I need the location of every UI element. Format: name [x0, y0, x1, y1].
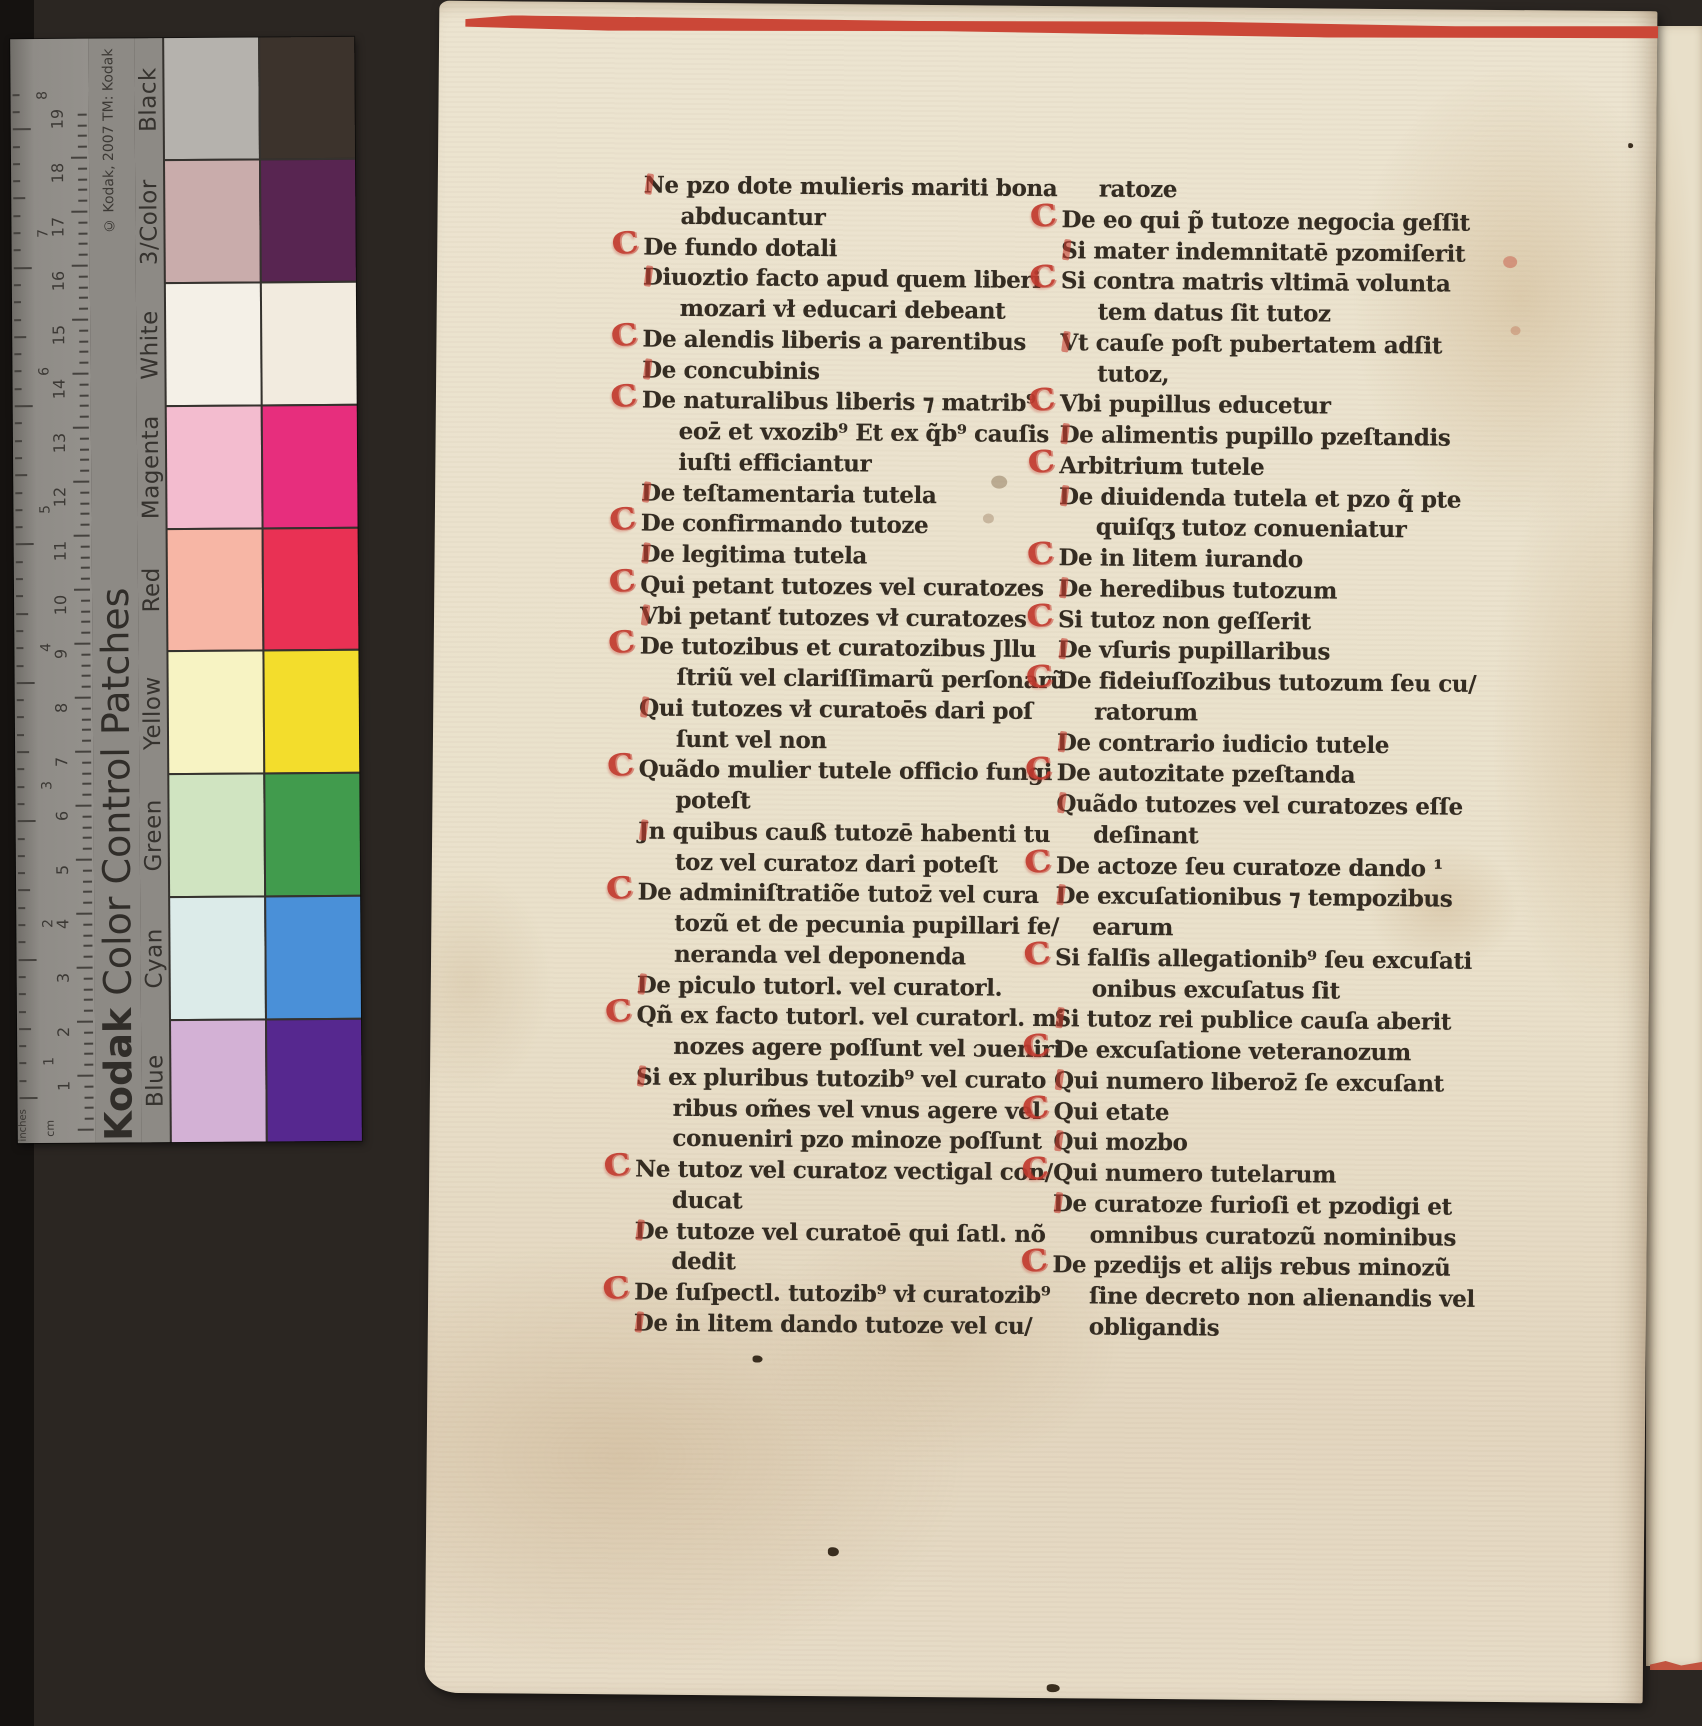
cm-tick: [80, 416, 89, 418]
cm-tick: [81, 578, 90, 580]
cm-tick: [84, 1085, 93, 1087]
cm-tick: [82, 740, 91, 742]
text-line: CSi tutoz non geſſerit: [1058, 605, 1488, 640]
patch-light: [164, 37, 259, 159]
text-line: tutoz,: [1060, 359, 1490, 394]
patch-strong: [263, 774, 360, 896]
cm-tick: [79, 351, 88, 353]
text-line: dedit: [634, 1247, 1034, 1281]
line-text: De eo qui p̃ tutoze negocia geſſit: [1061, 206, 1470, 237]
inch-tick: [18, 838, 25, 840]
cm-number: 1: [54, 1081, 73, 1091]
cm-tick: [78, 178, 87, 180]
smudge: [991, 476, 1007, 489]
inch-tick: [14, 284, 21, 286]
inch-tick: [17, 786, 24, 788]
line-text: ratorum: [1094, 698, 1198, 726]
cm-tick: [78, 135, 87, 137]
inch-tick: [13, 128, 31, 130]
text-line: CDe pzedijs et alijs rebus minozũ: [1052, 1250, 1482, 1285]
line-text: abducantur: [680, 203, 825, 231]
inch-tick: [16, 543, 34, 545]
text-line: ſine decreto non alienandis vel: [1052, 1281, 1482, 1316]
text-line: tem datus ſit tutoz: [1061, 297, 1491, 332]
cm-tick: [83, 815, 92, 817]
rubric-capitulum-mark: C: [609, 320, 639, 353]
text-line: CDe in litem iurando: [1058, 543, 1488, 578]
cm-tick: [82, 675, 91, 677]
text-line: omnibus curatozũ nominibus: [1053, 1220, 1483, 1255]
cm-tick: [79, 308, 88, 310]
patch-strong: [258, 37, 355, 159]
line-text: De heredibus tutozum: [1058, 575, 1337, 604]
patch-light: [168, 529, 263, 651]
patch-row-yellow: [168, 649, 359, 773]
patch-label: Cyan: [141, 928, 167, 989]
cm-number: 6: [53, 811, 72, 821]
line-text: Qui tutozes vł curatoēs dari poſ: [639, 694, 1033, 724]
inch-tick: [15, 474, 27, 476]
cm-tick: [81, 567, 90, 569]
inch-tick: [17, 717, 24, 719]
cm-tick: [74, 535, 90, 537]
patch-label: Magenta: [138, 416, 165, 520]
line-text: De diuidenda tutela et pzo q̃ pte: [1059, 483, 1461, 514]
patch-label-cell: Yellow: [138, 651, 167, 774]
text-line: onibus excuſatus ſit: [1055, 974, 1485, 1009]
cm-tick: [80, 405, 89, 407]
inch-tick: [16, 526, 23, 528]
line-text: omnibus curatozũ nominibus: [1090, 1221, 1457, 1251]
inch-tick: [18, 855, 25, 857]
cm-tick: [81, 556, 90, 558]
text-line: Vbi petanť tutozes vł curatozes: [640, 601, 1040, 635]
patch-row-red: [168, 526, 359, 650]
text-line: De excuſationibus ⁊ tempozibus: [1055, 881, 1485, 916]
text-line: iuſti efficiantur: [641, 447, 1041, 481]
text-line: De legitima tutela: [640, 539, 1040, 573]
text-line: Vt cauſe poſt pubertatem adſit: [1060, 328, 1490, 363]
ruler-inches-label: inches: [18, 1109, 29, 1141]
cm-tick: [83, 826, 92, 828]
patch-label: Blue: [142, 1054, 168, 1107]
kodak-bar-title: Kodak Color Control Patches: [93, 587, 141, 1141]
text-line: CArbitrium tutele: [1059, 451, 1489, 486]
text-line: CSi falſis allegationib⁹ ſeu excuſati: [1055, 943, 1485, 978]
cm-tick: [79, 329, 88, 331]
cm-tick: [79, 254, 88, 256]
cm-tick: [78, 189, 87, 191]
inch-tick: [16, 561, 23, 563]
inch-tick: [19, 993, 26, 995]
patch-light: [168, 652, 263, 774]
text-line: De contrario iudicio tutele: [1057, 728, 1487, 763]
cm-tick: [80, 448, 89, 450]
patch-light: [166, 283, 261, 405]
line-text: Si tutoz non geſſerit: [1058, 606, 1311, 635]
text-line: deſinant: [1056, 820, 1486, 855]
cm-tick: [73, 427, 89, 429]
cm-tick: [72, 373, 88, 375]
line-text: tutoz,: [1097, 360, 1169, 388]
patch-light: [165, 160, 260, 282]
patch-label-cell: Black: [134, 38, 163, 161]
text-line: obligandis: [1052, 1312, 1482, 1347]
cm-tick: [80, 437, 89, 439]
line-text: De teſtamentaria tutela: [641, 479, 937, 509]
line-text: tozũ et de pecunia pupillari fe/: [674, 910, 1059, 940]
inch-tick: [14, 371, 21, 373]
inch-tick: [17, 751, 29, 753]
cm-tick: [82, 772, 91, 774]
inch-tick: [15, 440, 22, 442]
inch-tick: [20, 1097, 38, 1099]
line-text: Jn quibus cauß tutozē habenti tu: [638, 817, 1050, 848]
cm-tick: [85, 1107, 94, 1109]
inch-number: 5: [37, 505, 53, 514]
text-line: De concubinis: [642, 355, 1042, 389]
cm-tick: [79, 232, 88, 234]
inch-tick: [18, 941, 25, 943]
inch-tick: [19, 1045, 26, 1047]
text-line: conueniri pzo minoze poſſunt: [635, 1124, 1035, 1158]
cm-tick: [82, 718, 91, 720]
line-text: toz vel curatoz dari poteſt: [675, 848, 998, 878]
inch-tick: [17, 682, 35, 684]
inch-tick: [13, 146, 20, 148]
line-text: Qñ ex facto tutorl. vel curatorl. mi: [636, 1002, 1064, 1033]
cm-tick: [85, 1118, 94, 1120]
line-text: De contrario iudicio tutele: [1057, 729, 1389, 759]
line-text: obligandis: [1089, 1313, 1220, 1341]
patch-light: [170, 898, 265, 1020]
patch-strong: [265, 1020, 362, 1142]
text-line: poteſt: [638, 785, 1038, 819]
cm-tick: [80, 502, 89, 504]
text-line: ſtriũ vel clariſſimarũ perſonarũ: [639, 662, 1039, 696]
rubric-capitulum-mark: C: [1026, 446, 1056, 479]
line-text: De ſuſpectl. tutozib⁹ vł curatozib⁹: [634, 1278, 1051, 1309]
patch-label: Yellow: [140, 676, 167, 750]
line-text: Vbi pupillus educetur: [1060, 390, 1331, 419]
cm-tick: [78, 146, 87, 148]
line-text: Quãdo tutozes vel curatozes eſſe: [1056, 790, 1463, 821]
line-text: De naturalibus liberis ⁊ matrib⁹: [642, 387, 1036, 417]
line-text: Si mater indemnitatē pzomiſerit: [1061, 237, 1465, 268]
ink-speck: [753, 1356, 763, 1363]
cm-tick: [83, 848, 92, 850]
cm-number: 15: [49, 325, 68, 345]
line-text: Si contra matris vltimā volunta: [1061, 267, 1451, 297]
text-line: De alimentis pupillo pzeſtandis: [1060, 420, 1490, 455]
inch-tick: [13, 198, 25, 200]
cm-tick: [81, 632, 90, 634]
inch-tick: [13, 94, 20, 96]
line-text: Si falſis allegationib⁹ ſeu excuſati: [1055, 944, 1472, 975]
text-line: De vſuris pupillaribus: [1058, 635, 1488, 670]
ink-speck: [1628, 143, 1633, 148]
cm-tick: [82, 761, 91, 763]
line-text: De tutoze vel curatoē qui ſatl. nõ: [635, 1217, 1046, 1248]
line-text: De vſuris pupillaribus: [1058, 636, 1330, 665]
rubric-capitulum-mark: C: [607, 565, 637, 598]
inch-tick: [18, 889, 30, 891]
line-text: De excuſationibus ⁊ tempozibus: [1055, 882, 1452, 912]
patch-strong: [259, 160, 356, 282]
rubric-capitulum-mark: C: [1019, 1246, 1049, 1279]
cm-tick: [78, 221, 87, 223]
cm-tick: [84, 1042, 93, 1044]
inch-number: 6: [36, 367, 52, 376]
cm-tick: [79, 340, 88, 342]
line-text: poteſt: [675, 787, 750, 815]
patch-row-3color: [165, 158, 356, 282]
cm-number: 18: [48, 163, 67, 183]
cm-tick: [85, 1096, 94, 1098]
cm-tick: [74, 589, 90, 591]
cm-tick: [77, 1021, 93, 1023]
cm-tick: [82, 707, 91, 709]
patch-light: [167, 406, 262, 528]
inch-tick: [17, 734, 24, 736]
rubric-capitulum-mark: C: [609, 381, 639, 414]
patch-label: 3/Color: [136, 179, 163, 265]
inch-tick: [14, 301, 21, 303]
text-line: CDe adminiſtratiõe tutoz̄ vel cura: [637, 878, 1037, 912]
cm-tick: [73, 481, 89, 483]
cm-tick: [83, 902, 92, 904]
inch-tick: [19, 1080, 26, 1082]
inch-tick: [16, 630, 23, 632]
line-text: iuſti efficiantur: [678, 449, 871, 478]
cm-tick: [79, 286, 88, 288]
inch-tick: [13, 232, 20, 234]
text-line: CDe fundo dotali: [643, 232, 1043, 266]
line-text: De alimentis pupillo pzeſtandis: [1060, 421, 1451, 451]
text-line: De curatoze furioſi et pzodigi et: [1053, 1189, 1483, 1224]
cm-tick: [84, 1031, 93, 1033]
text-line: Si tutoz rei publice cauſa aberit: [1054, 1004, 1484, 1039]
cm-number: 3: [54, 973, 73, 983]
line-text: ſunt vel non: [676, 725, 827, 753]
cm-tick: [79, 243, 88, 245]
text-line: quiſqʒ tutoz conueniatur: [1059, 512, 1489, 547]
text-line: ribus om̃es vel vnus agere vel: [636, 1093, 1036, 1127]
patch-row-white: [166, 281, 357, 405]
cm-tick: [82, 729, 91, 731]
inch-tick: [14, 249, 21, 251]
kodak-color-control-bar: inches cm 123456789101112131415161718191…: [10, 37, 362, 1143]
line-text: dedit: [671, 1248, 735, 1276]
text-line: De teſtamentaria tutela: [641, 478, 1041, 512]
cm-tick: [84, 1010, 93, 1012]
inch-tick: [16, 578, 23, 580]
patch-label: White: [137, 310, 163, 380]
line-text: earum: [1092, 913, 1173, 941]
text-line: nozes agere poſſunt vel ɔueniri: [636, 1031, 1036, 1065]
rubric-capitulum-mark: C: [604, 873, 634, 906]
inch-tick: [19, 1011, 26, 1013]
inch-tick: [16, 647, 23, 649]
cm-number: 2: [54, 1027, 73, 1037]
inch-tick: [18, 907, 25, 909]
rubric-capitulum-mark: C: [602, 1150, 632, 1183]
text-line: earum: [1055, 912, 1485, 947]
patch-label-cell: Cyan: [140, 897, 169, 1020]
text-line: Diuoztio facto apud quem liberi: [643, 263, 1043, 297]
cm-tick: [80, 470, 89, 472]
inch-tick: [15, 405, 33, 407]
line-text: De concubinis: [642, 356, 820, 385]
ink-speck: [828, 1547, 839, 1556]
ruler-cm-label: cm: [44, 1120, 57, 1137]
patch-strong: [260, 283, 357, 405]
patch-label: Green: [140, 799, 167, 871]
cm-tick: [80, 394, 89, 396]
cm-tick: [72, 319, 88, 321]
text-line: abducantur: [643, 201, 1043, 235]
line-text: De actoze ſeu curatoze dando ¹: [1056, 852, 1443, 882]
cm-number: 10: [51, 595, 70, 615]
line-text: Qui petant tutozes vel curatozes: [640, 571, 1044, 602]
patch-strong: [261, 405, 358, 527]
kodak-title-rest: Color Control Patches: [93, 587, 140, 1008]
inch-tick: [15, 422, 22, 424]
text-line: neranda vel deponenda: [637, 939, 1037, 973]
line-text: onibus excuſatus ſit: [1092, 975, 1340, 1004]
inch-tick: [14, 319, 21, 321]
rubric-capitulum-mark: C: [1024, 661, 1054, 694]
patch-label-cell: Green: [139, 774, 168, 897]
text-line: CSi contra matris vltimā volunta: [1061, 266, 1491, 301]
text-line: CQui numero tutelarum: [1053, 1158, 1483, 1193]
line-text: Vt cauſe poſt pubertatem adſit: [1060, 329, 1442, 359]
line-text: tem datus ſit tutoz: [1098, 298, 1331, 327]
smudge: [983, 513, 994, 523]
line-text: Si ex pluribus tutozib⁹ vel curato: [636, 1063, 1046, 1094]
cm-tick: [84, 1053, 93, 1055]
text-line: CDe ſuſpectl. tutozib⁹ vł curatozib⁹: [634, 1277, 1034, 1311]
line-text: mozari vł educari debeant: [680, 295, 1006, 325]
text-line: CNe tutoz vel curatoz vectigal con/: [635, 1154, 1035, 1188]
cm-tick: [81, 599, 90, 601]
patch-light: [169, 775, 264, 897]
red-offset-dot: [1511, 326, 1521, 335]
book-page: Ne pzo dote mulieris mariti bonaabducant…: [425, 1, 1658, 1704]
rubric-capitulum-mark: C: [603, 996, 633, 1029]
line-text: neranda vel deponenda: [674, 941, 966, 971]
line-text: Vbi petanť tutozes vł curatozes: [640, 602, 1027, 632]
line-text: Qui numero liberoz̄ ſe excuſant: [1054, 1067, 1444, 1097]
text-line: CDe naturalibus liberis ⁊ matrib⁹: [642, 386, 1042, 420]
text-line: CDe actoze ſeu curatoze dando ¹: [1056, 851, 1486, 886]
line-text: Diuoztio facto apud quem liberi: [643, 264, 1041, 294]
cm-tick: [83, 837, 92, 839]
inch-tick: [18, 872, 25, 874]
cm-number: 13: [50, 433, 69, 453]
inch-tick: [15, 492, 22, 494]
rubric-capitulum-mark: C: [1027, 385, 1057, 418]
line-text: De legitima tutela: [640, 540, 867, 569]
cm-tick: [83, 934, 92, 936]
inch-number: 1: [41, 1057, 57, 1066]
patch-label-cell: Blue: [141, 1020, 170, 1143]
cm-tick: [83, 891, 92, 893]
cm-tick: [78, 200, 87, 202]
text-line: CQui petant tutozes vel curatozes: [640, 570, 1040, 604]
inch-tick: [15, 457, 22, 459]
text-column-left: Ne pzo dote mulieris mariti bonaabducant…: [634, 171, 1044, 1343]
text-line: Qui mozbo: [1053, 1127, 1483, 1162]
red-offset-dot: [1503, 256, 1517, 268]
cm-tick: [75, 697, 91, 699]
inch-tick: [19, 976, 26, 978]
line-text: deſinant: [1093, 821, 1198, 849]
inch-tick: [13, 215, 20, 217]
line-text: De pzedijs et alijs rebus minozũ: [1052, 1251, 1450, 1281]
line-text: De curatoze furioſi et pzodigi et: [1053, 1190, 1452, 1220]
inch-tick: [15, 509, 22, 511]
patch-row-cyan: [170, 895, 361, 1019]
cm-tick: [71, 211, 87, 213]
cm-tick: [83, 923, 92, 925]
line-text: De fideiuſſozibus tutozum ſeu cu/: [1057, 667, 1476, 698]
cm-number: 7: [52, 757, 71, 767]
cm-tick: [80, 491, 89, 493]
patch-rows: [162, 37, 362, 1142]
line-text: De tutozibus et curatozibus Jllu: [640, 633, 1037, 663]
line-text: De excuſatione veteranozum: [1054, 1036, 1411, 1066]
cm-tick: [81, 545, 90, 547]
text-column-right: ratozeCDe eo qui p̃ tutoze negocia geſſi…: [1052, 174, 1492, 1346]
patch-light: [171, 1021, 266, 1143]
rubric-capitulum-mark: C: [1025, 538, 1055, 571]
rubric-capitulum-mark: C: [610, 227, 640, 260]
line-text: De in litem dando tutoze vel cu/: [634, 1309, 1033, 1339]
text-line: CDe excuſatione veteranozum: [1054, 1035, 1484, 1070]
cm-tick: [77, 1075, 93, 1077]
line-text: ſine decreto non alienandis vel: [1089, 1282, 1475, 1312]
text-line: Qui tutozes vł curatoēs dari poſ: [639, 693, 1039, 727]
cm-tick: [78, 124, 87, 126]
inch-tick: [16, 595, 23, 597]
text-line: eoz̄ et vxozib⁹ Et ex q̃b⁹ cauſis: [642, 416, 1042, 450]
rubric-capitulum-mark: C: [1021, 1030, 1051, 1063]
line-text: ducat: [672, 1187, 743, 1215]
text-line: CDe confirmando tutoze: [641, 509, 1041, 543]
text-line: CDe eo qui p̃ tutoze negocia geſſit: [1061, 205, 1491, 240]
inch-tick: [14, 267, 32, 269]
rubric-capitulum-mark: C: [605, 750, 635, 783]
cm-tick: [83, 880, 92, 882]
cm-tick: [78, 113, 87, 115]
line-text: De fundo dotali: [643, 233, 837, 262]
text-line: toz vel curatoz dari poteſt: [638, 847, 1038, 881]
line-text: ſtriũ vel clariſſimarũ perſonarũ: [676, 664, 1066, 694]
cm-number: 5: [53, 865, 72, 875]
inch-number: 7: [35, 229, 51, 238]
line-text: nozes agere poſſunt vel ɔueniri: [673, 1033, 1062, 1063]
inch-tick: [18, 820, 36, 822]
cm-tick: [81, 653, 90, 655]
cm-tick: [72, 265, 88, 267]
patch-label-cell: White: [136, 283, 165, 406]
line-text: Arbitrium tutele: [1059, 452, 1264, 481]
inch-number: 3: [39, 781, 55, 790]
inch-number: 2: [40, 919, 56, 928]
ruler: inches cm 123456789101112131415161718191…: [10, 39, 96, 1144]
rubric-capitulum-mark: C: [1025, 600, 1055, 633]
